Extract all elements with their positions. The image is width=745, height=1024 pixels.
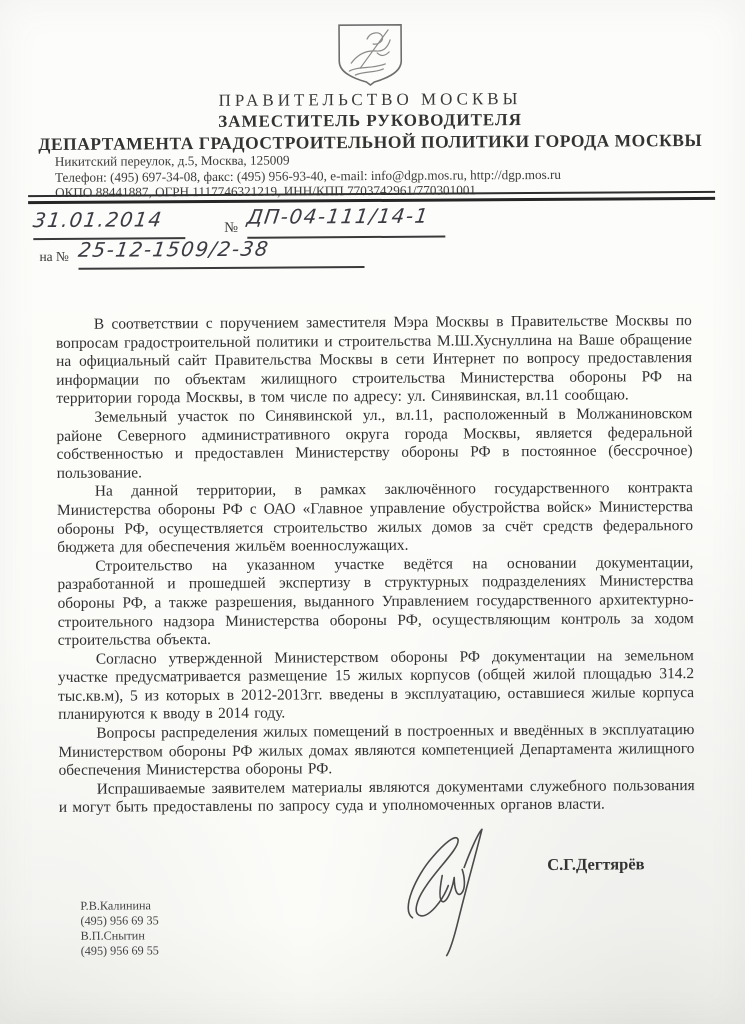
- executors-block: Р.В.Калинина (495) 956 69 35 В.П.Снытин …: [80, 898, 159, 958]
- reply-number-value: 25-12-1509/2-38: [77, 237, 271, 262]
- paragraph: Испрашиваемые заявителем материалы являю…: [59, 777, 695, 818]
- reference-block: 31.01.2014 № ДП-04-111/14-1 на № 25-12-1…: [0, 0, 742, 2]
- letter-date-field: 31.01.2014: [33, 207, 185, 240]
- executor-name: В.П.Снытин: [81, 928, 159, 943]
- moscow-coat-of-arms-icon: [333, 23, 407, 86]
- signer-name: С.Г.Дегтярёв: [547, 854, 645, 875]
- scan-content: ПРАВИТЕЛЬСТВО МОСКВЫ ЗАМЕСТИТЕЛЬ РУКОВОД…: [0, 0, 745, 1024]
- executor-name: Р.В.Калинина: [80, 898, 158, 913]
- letterhead-phones: Телефон: (495) 697-34-08, факс: (495) 95…: [55, 166, 561, 185]
- letterhead: ПРАВИТЕЛЬСТВО МОСКВЫ ЗАМЕСТИТЕЛЬ РУКОВОД…: [0, 0, 742, 2]
- scanned-letter-page: ПРАВИТЕЛЬСТВО МОСКВЫ ЗАМЕСТИТЕЛЬ РУКОВОД…: [0, 0, 745, 1024]
- letter-body: В соответствии с поручением заместителя …: [56, 312, 695, 818]
- paragraph: В соответствии с поручением заместителя …: [56, 312, 693, 409]
- letter-number-field: ДП-04-111/14-1: [247, 204, 445, 239]
- paragraph: На данной территории, в рамках заключённ…: [57, 479, 693, 557]
- handwritten-signature-icon: [400, 825, 493, 958]
- letter-number-value: ДП-04-111/14-1: [246, 204, 431, 229]
- paragraph: Строительство на указанном участке ведёт…: [57, 554, 694, 651]
- reply-number-field: 25-12-1509/2-38: [78, 236, 364, 270]
- reply-to-label: на №: [39, 249, 69, 265]
- executor-phone: (495) 956 69 55: [81, 943, 159, 958]
- paragraph: Вопросы распределения жилых помещений в …: [58, 721, 694, 781]
- number-label: №: [224, 220, 238, 237]
- executor-phone: (495) 956 69 35: [80, 913, 158, 928]
- letter-date-value: 31.01.2014: [32, 207, 165, 232]
- paragraph: Согласно утвержденной Министерством обор…: [58, 647, 694, 725]
- paragraph: Земельный участок по Синявинской ул., вл…: [56, 405, 692, 483]
